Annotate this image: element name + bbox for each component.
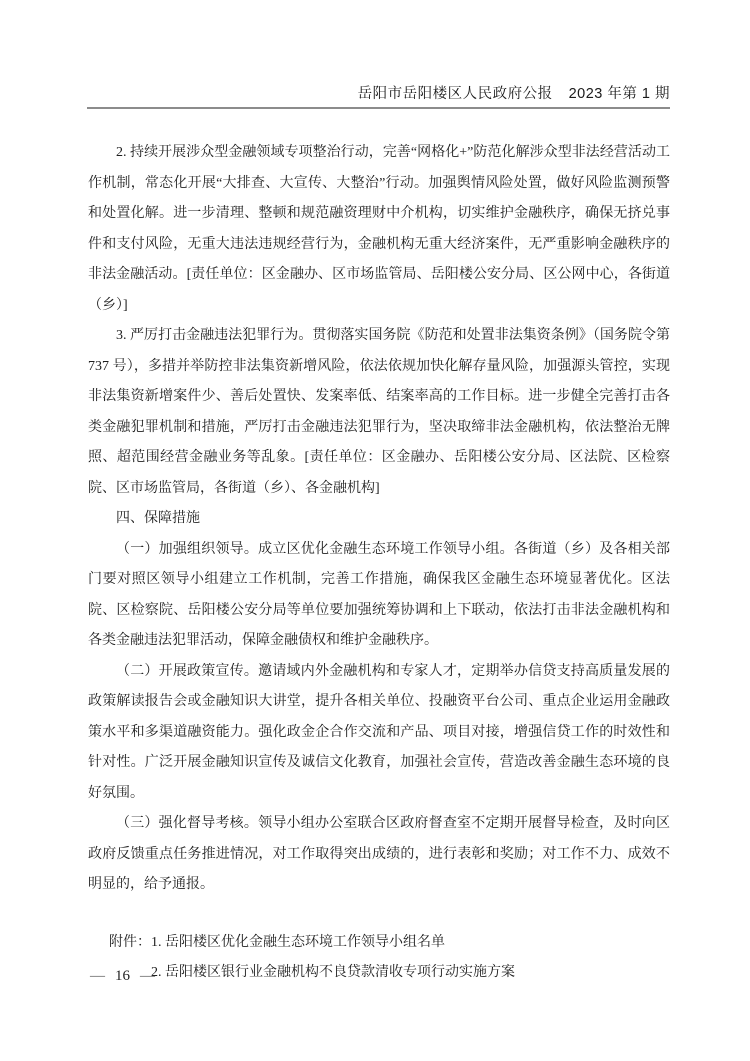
attachment-line-2: 2. 岳阳楼区银行业金融机构不良贷款清收专项行动实施方案 — [88, 958, 670, 989]
page-header: 岳阳市岳阳楼区人民政府公报2023 年第 1 期 — [87, 84, 670, 109]
attachment-line-1: 附件：1. 岳阳楼区优化金融生态环境工作领导小组名单 — [88, 928, 670, 959]
gazette-title: 岳阳市岳阳楼区人民政府公报 — [358, 86, 553, 102]
gazette-page: 岳阳市岳阳楼区人民政府公报2023 年第 1 期 2. 持续开展涉众型金融领域专… — [0, 0, 750, 1061]
paragraph-measure-2: （二）开展政策宣传。邀请域内外金融机构和专家人才，定期举办信贷支持高质量发展的政… — [88, 657, 670, 810]
attachments-block: 附件：1. 岳阳楼区优化金融生态环境工作领导小组名单 2. 岳阳楼区银行业金融机… — [88, 928, 670, 989]
document-body: 2. 持续开展涉众型金融领域专项整治行动，完善“网格化+”防范化解涉众型非法经营… — [88, 138, 670, 989]
page-number-dash-right: — — [140, 968, 155, 984]
paragraph-measure-1: （一）加强组织领导。成立区优化金融生态环境工作领导小组。各街道（乡）及各相关部门… — [88, 535, 670, 657]
section-heading-4: 四、保障措施 — [88, 504, 670, 535]
page-number: 16 — [115, 968, 130, 984]
paragraph-item-3: 3. 严厉打击金融违法犯罪行为。贯彻落实国务院《防范和处置非法集资条例》（国务院… — [88, 321, 670, 504]
gazette-issue: 2023 年第 1 期 — [569, 86, 670, 102]
paragraph-item-2: 2. 持续开展涉众型金融领域专项整治行动，完善“网格化+”防范化解涉众型非法经营… — [88, 138, 670, 321]
paragraph-measure-3: （三）强化督导考核。领导小组办公室联合区政府督查室不定期开展督导检查，及时向区政… — [88, 809, 670, 901]
page-number-dash-left: — — [90, 968, 105, 984]
page-footer: —16— — [90, 965, 155, 987]
